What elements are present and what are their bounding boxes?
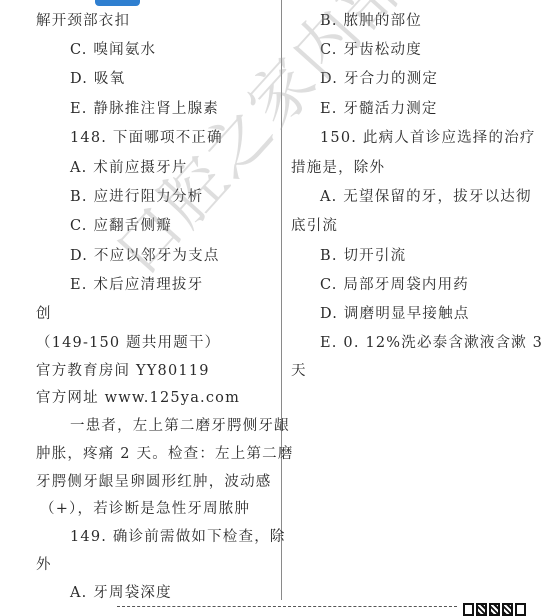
text-line: B. 应进行阻力分析 [70,187,203,207]
text-line: A. 无望保留的牙，拔牙以达彻 [320,187,532,207]
text-line: C. 应翻舌侧瓣 [70,216,172,236]
text-line: E. 牙髓活力测定 [320,99,438,119]
text-line: 解开颈部衣扣 [36,11,130,31]
text-line: 一患者，左上第二磨牙腭侧牙龈 [70,416,290,436]
text-line: D. 吸氧 [70,69,125,89]
text-line: D. 调磨明显早接触点 [320,304,470,324]
top-tab-decoration [95,0,140,6]
footer-dashed-line [117,606,457,607]
text-line: 创 [36,304,52,324]
column-divider [281,0,282,600]
text-line: E. 静脉推注肾上腺素 [70,99,219,119]
text-line: C. 牙齿松动度 [320,40,422,60]
text-line: （+），若诊断是急性牙周脓肿 [40,499,250,519]
text-line: （149-150 题共用题干） [36,333,220,353]
text-line: E. 0. 12%洗必泰含漱液含漱 3 [320,333,543,353]
text-line: 官方网址 www.125ya.com [36,388,240,408]
text-line: C. 局部牙周袋内用药 [320,275,469,295]
text-line: 148. 下面哪项不正确 [70,128,223,148]
text-line: 牙腭侧牙龈呈卵圆形红肿，波动感 [36,472,272,492]
text-line: 措施是，除外 [291,158,385,178]
text-line: 149. 确诊前需做如下检查，除 [70,527,286,547]
qr-code-icon [463,603,531,616]
text-line: D. 不应以邻牙为支点 [70,246,220,266]
text-line: 肿胀，疼痛 2 天。检查：左上第二磨 [36,444,294,464]
text-line: 天 [291,361,307,381]
document-page: 解开颈部衣扣C. 嗅闻氨水D. 吸氧E. 静脉推注肾上腺素148. 下面哪项不正… [0,0,560,616]
text-line: 外 [36,555,52,575]
text-line: B. 脓肿的部位 [320,11,422,31]
text-line: A. 术前应摄牙片 [70,158,188,178]
text-line: A. 牙周袋深度 [70,583,172,603]
text-line: D. 牙合力的测定 [320,69,438,89]
text-line: 150. 此病人首诊应选择的治疗 [320,128,536,148]
text-line: C. 嗅闻氨水 [70,40,156,60]
text-line: B. 切开引流 [320,246,406,266]
text-line: 官方教育房间 YY80119 [36,361,210,381]
text-line: 底引流 [291,216,338,236]
text-line: E. 术后应清理拔牙 [70,275,203,295]
